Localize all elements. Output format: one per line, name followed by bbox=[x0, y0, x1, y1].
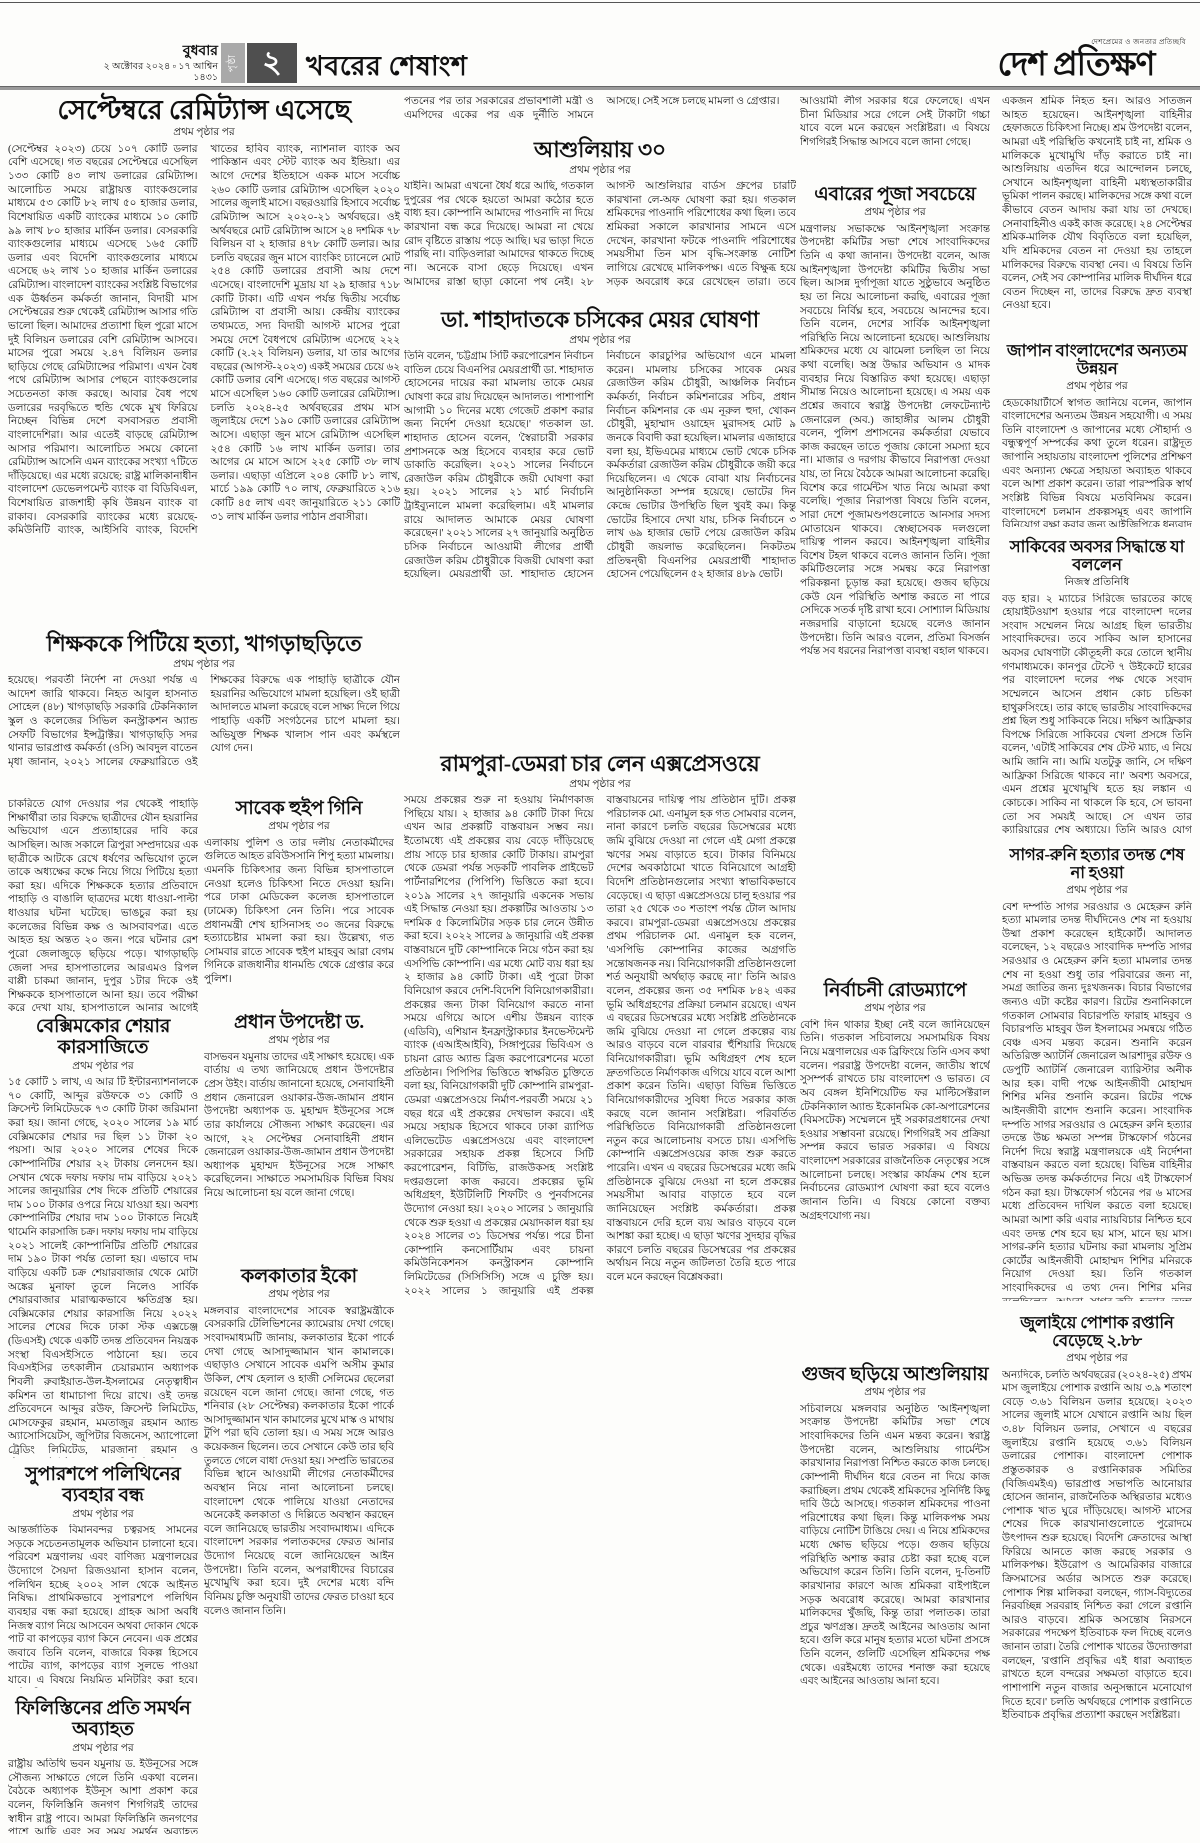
article-headline: প্রধান উপদেষ্টা ড. bbox=[204, 1012, 394, 1033]
article-body: এলাকায় পুলিশ ও তার দলীয় নেতাকর্মীদের গ… bbox=[204, 837, 394, 1003]
article-headline: সাগর-রুনি হত্যার তদন্ত শেষ না হওয়া bbox=[1002, 846, 1192, 883]
article-headline: ফিলিস্তিনের প্রতি সমর্থন অব্যাহত bbox=[8, 1698, 198, 1741]
article-dateline: প্রথম পৃষ্ঠার পর bbox=[404, 779, 796, 792]
article-dateline: প্রথম পৃষ্ঠার পর bbox=[404, 165, 796, 178]
article-body: হেডকোয়ার্টার্সে স্বাগত জানিয়ে বলেন, জা… bbox=[1002, 397, 1192, 527]
article-headline: সাকিবের অবসর সিদ্ধান্তে যা বললেন bbox=[1002, 538, 1192, 575]
article-chief-adviser: প্রধান উপদেষ্টা ড. প্রথম পৃষ্ঠার পর বাসভ… bbox=[204, 1012, 394, 1257]
article-dateline: প্রথম পৃষ্ঠার পর bbox=[800, 1003, 990, 1016]
article-headline: শিক্ষককে পিটিয়ে হত্যা, খাগড়াছড়িতে bbox=[8, 632, 400, 657]
article-dateline: প্রথম পৃষ্ঠার পর bbox=[8, 1061, 198, 1074]
article-shakib-retirement: সাকিবের অবসর সিদ্ধান্তে যা বললেন নিজস্ব … bbox=[1002, 538, 1192, 835]
article-headline: এবারের পূজা সবচেয়ে bbox=[800, 184, 990, 205]
article-headline: ডা. শাহাদাতকে চসিকের মেয়র ঘোষণা bbox=[404, 308, 796, 333]
article-shahadat-mayor: ডা. শাহাদাতকে চসিকের মেয়র ঘোষণা প্রথম প… bbox=[404, 308, 796, 746]
article-body: বাসভবন যমুনায় তাদের এই সাক্ষাৎ হয়েছে। … bbox=[204, 1051, 394, 1257]
page-tab: পৃষ্ঠা bbox=[221, 43, 245, 83]
article-body: একজন শ্রমিক নিহত হন। আরও সাতজন আহত হয়েছ… bbox=[1002, 95, 1192, 339]
date-label: ২ অক্টোবর ২০২৪ ▫ ১৭ আশ্বিন ১৪৩১ bbox=[100, 62, 218, 84]
article-dateline: প্রথম পৃষ্ঠার পর bbox=[204, 821, 394, 834]
article-headline: সেপ্টেম্বরে রেমিট্যান্স এসেছে bbox=[8, 95, 400, 125]
article-headline: সুপারশপে পলিথিনের ব্যবহার বন্ধ bbox=[8, 1464, 198, 1507]
article-headline: রামপুরা-ডেমরা চার লেন এক্সপ্রেসওয়ে bbox=[404, 752, 796, 777]
date-block: বুধবার ২ অক্টোবর ২০২৪ ▫ ১৭ আশ্বিন ১৪৩১ bbox=[100, 44, 218, 84]
page-number-badge: ২ bbox=[247, 43, 297, 83]
article-dateline: প্রথম পৃষ্ঠার পর bbox=[1002, 381, 1192, 394]
article-body: সচিবালয়ে মঙ্গলবার অনুষ্ঠিত 'আইনশৃঙ্খলা … bbox=[800, 1403, 990, 1821]
article-japan-development: জাপান বাংলাদেশের অন্যতম উন্নয়ন প্রথম পৃ… bbox=[1002, 342, 1192, 527]
article-election-roadmap: নির্বাচনী রোডম্যাপে প্রথম পৃষ্ঠার পর বেশ… bbox=[800, 980, 990, 1351]
article-ashulia-rumors: গুজব ছড়িয়ে আশুলিয়ায় প্রথম পৃষ্ঠার পর… bbox=[800, 1364, 990, 1821]
article-body: রাষ্ট্রীয় অতিথি ভবন যমুনায় ড. ইউনূসের … bbox=[8, 1758, 198, 1834]
article-dateline: প্রথম পৃষ্ঠার পর bbox=[8, 127, 400, 140]
article-body: আওয়ামী লীগ সরকার ধরে ফেলেছে। এখন চীনা ম… bbox=[800, 95, 990, 181]
article-headline: সাবেক হুইপ গিনি bbox=[204, 798, 394, 819]
article-dateline: প্রথম পৃষ্ঠার পর bbox=[800, 1387, 990, 1400]
article-dateline: প্রথম পৃষ্ঠার পর bbox=[8, 659, 400, 672]
page-tab-label: পৃষ্ঠা bbox=[225, 54, 242, 72]
article-headline: কলকাতার ইকো bbox=[204, 1266, 394, 1287]
section-title: খবরের শেষাংশ bbox=[306, 46, 636, 91]
article-body: বেশি দিন থাকার ইচ্ছা নেই বলে জানিয়েছেন … bbox=[800, 1019, 990, 1351]
article-body: পতনের পর তার সরকারের প্রভাবশালী মন্ত্রী … bbox=[404, 95, 796, 135]
article-body: যাইনি। আমরা এখনো ধৈর্য ধরে আছি, গতকাল দু… bbox=[404, 180, 796, 300]
article-sagar-runi-probe: সাগর-রুনি হত্যার তদন্ত শেষ না হওয়া প্রথ… bbox=[1002, 846, 1192, 1301]
article-dateline: প্রথম পৃষ্ঠার পর bbox=[204, 1035, 394, 1048]
header-rule bbox=[0, 86, 1200, 90]
page-top-rule bbox=[0, 2, 1200, 3]
article-body: মন্ত্রণালয় সভাকক্ষে 'আইনশৃঙ্খলা সংক্রান… bbox=[800, 223, 990, 971]
article-rampura-demra-expressway: রামপুরা-ডেমরা চার লেন এক্সপ্রেসওয়ে প্রথ… bbox=[404, 752, 796, 1824]
masthead: দেশপ্রেমের ও জনতার প্রতিচ্ছবি দেশ প্রতিক… bbox=[960, 36, 1192, 83]
article-headline: আশুলিয়ায় ৩০ bbox=[404, 138, 796, 163]
masthead-logo: দেশ প্রতিক্ষণ bbox=[960, 48, 1192, 83]
article-headline: গুজব ছড়িয়ে আশুলিয়ায় bbox=[800, 1364, 990, 1385]
article-body: বেশ দম্পতি সাগর সরওয়ার ও মেহেরুন রুনি হ… bbox=[1002, 901, 1192, 1301]
article-palestine-support: ফিলিস্তিনের প্রতি সমর্থন অব্যাহত প্রথম প… bbox=[8, 1698, 198, 1834]
article-beximco-shares: বেক্সিমকোর শেয়ার কারসাজিতে প্রথম পৃষ্ঠা… bbox=[8, 1016, 198, 1458]
article-body: হয়েছে। পরবর্তী নির্দেশ না দেওয়া পর্যন্… bbox=[8, 674, 400, 792]
article-continuation-worker: একজন শ্রমিক নিহত হন। আরও সাতজন আহত হয়েছ… bbox=[1002, 95, 1192, 339]
article-body: অন্যদিকে, চলতি অর্থবছরের (২০২৪-২৫) প্রথম… bbox=[1002, 1369, 1192, 1821]
article-body: সময়ে প্রকল্পের শুরু না হওয়ায় নির্মাণক… bbox=[404, 794, 796, 1824]
article-body: ১৫ কোটি ১ লাখ, এ আর টি ইন্টারন্যাশনালকে … bbox=[8, 1076, 198, 1458]
article-body: মঙ্গলবার বাংলাদেশের সাবেক স্বরাষ্ট্রমন্ত… bbox=[204, 1305, 394, 1821]
article-body: আন্তর্জাতিক বিমানবন্দর চত্বরসহ সামনের সড… bbox=[8, 1524, 198, 1688]
article-dateline: প্রথম পৃষ্ঠার পর bbox=[800, 207, 990, 220]
article-dateline: নিজস্ব প্রতিনিধি bbox=[1002, 577, 1192, 590]
article-headline: জুলাইয়ে পোশাক রপ্তানি বেড়েছে ২.৮৮ bbox=[1002, 1314, 1192, 1351]
article-teacher-killed: শিক্ষককে পিটিয়ে হত্যা, খাগড়াছড়িতে প্র… bbox=[8, 632, 400, 792]
article-dateline: প্রথম পৃষ্ঠার পর bbox=[1002, 885, 1192, 898]
article-continuation-politics: পতনের পর তার সরকারের প্রভাবশালী মন্ত্রী … bbox=[404, 95, 796, 135]
article-continuation-media: আওয়ামী লীগ সরকার ধরে ফেলেছে। এখন চীনা ম… bbox=[800, 95, 990, 181]
article-dateline: প্রথম পৃষ্ঠার পর bbox=[404, 335, 796, 348]
article-body: বড় হার। ২ ম্যাচের সিরিজে ভারতের কাছে হো… bbox=[1002, 593, 1192, 835]
article-body: তিনি বলেন, 'চট্টগ্রাম সিটি করপোরেশন নির্… bbox=[404, 350, 796, 746]
article-remittance: সেপ্টেম্বরে রেমিট্যান্স এসেছে প্রথম পৃষ্… bbox=[8, 95, 400, 617]
article-former-whip-gini: সাবেক হুইপ গিনি প্রথম পৃষ্ঠার পর এলাকায়… bbox=[204, 798, 394, 1003]
article-dateline: প্রথম পৃষ্ঠার পর bbox=[1002, 1353, 1192, 1366]
article-teacher-killed-continued: চাকরিতে যোগ দেওয়ার পর থেকেই পাহাড়ি শিক… bbox=[8, 798, 198, 1012]
article-dateline: প্রথম পৃষ্ঠার পর bbox=[8, 1743, 198, 1756]
article-polythene-ban: সুপারশপে পলিথিনের ব্যবহার বন্ধ প্রথম পৃষ… bbox=[8, 1464, 198, 1688]
weekday-label: বুধবার bbox=[100, 44, 218, 60]
article-headline: জাপান বাংলাদেশের অন্যতম উন্নয়ন bbox=[1002, 342, 1192, 379]
article-body: চাকরিতে যোগ দেওয়ার পর থেকেই পাহাড়ি শিক… bbox=[8, 798, 198, 1012]
article-dateline: প্রথম পৃষ্ঠার পর bbox=[204, 1289, 394, 1302]
article-puja-security: এবারের পূজা সবচেয়ে প্রথম পৃষ্ঠার পর মন্… bbox=[800, 184, 990, 971]
page-number: ২ bbox=[262, 38, 282, 89]
article-kolkata-eco-park: কলকাতার ইকো প্রথম পৃষ্ঠার পর মঙ্গলবার বা… bbox=[204, 1266, 394, 1821]
article-garment-exports: জুলাইয়ে পোশাক রপ্তানি বেড়েছে ২.৮৮ প্রথ… bbox=[1002, 1314, 1192, 1821]
article-dateline: প্রথম পৃষ্ঠার পর bbox=[8, 1509, 198, 1522]
article-headline: বেক্সিমকোর শেয়ার কারসাজিতে bbox=[8, 1016, 198, 1059]
article-headline: নির্বাচনী রোডম্যাপে bbox=[800, 980, 990, 1001]
article-ashulia-30: আশুলিয়ায় ৩০ প্রথম পৃষ্ঠার পর যাইনি। আম… bbox=[404, 138, 796, 300]
article-body: (সেপ্টেম্বর ২০২৩) চেয়ে ১০৭ কোটি ডলার বে… bbox=[8, 143, 400, 617]
